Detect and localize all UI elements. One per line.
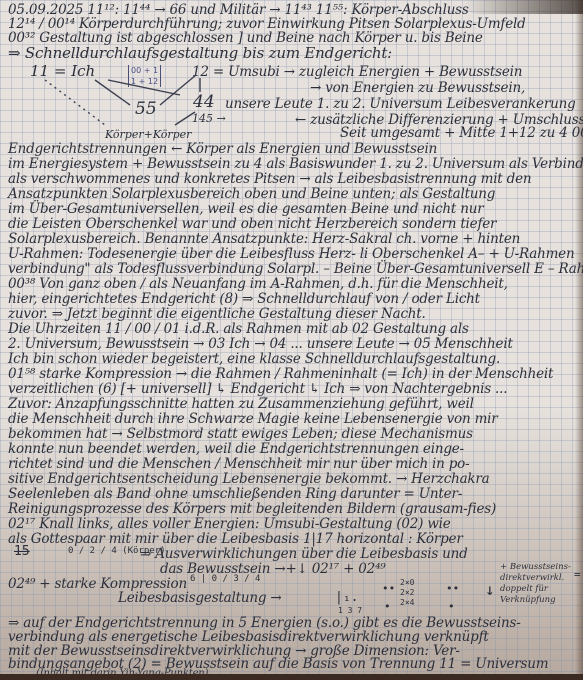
journal-line: verzeitlichen (6) [+ universell] ↳ Endge… [8,381,507,397]
bars-numbers: 1 3 7 [338,606,362,615]
note-line: + Bewusstseins- [500,562,571,573]
journal-line: hier, eingerichtetes Endgericht (8) ⇒ Sc… [8,291,480,307]
journal-line: die Leisten Oberschenkel war und oben ni… [8,216,496,232]
journal-line: 01⁵⁸ starke Kompression → die Rahmen / R… [8,366,553,382]
journal-line: im Über-Gesamtuniversellen, weil es die … [8,201,484,217]
bars-glyph: |₁. [335,590,358,605]
note-line: doppelt für [500,584,571,595]
page-curl-shadow [463,0,583,14]
right-note: + Bewusstseins- direktverwirkl. doppelt … [500,562,571,606]
note-line: direktverwirkl. [500,573,571,584]
note-line: Verknüpfung [500,595,571,606]
journal-line: als Gottespaar mit mir über die Leibesba… [8,531,463,547]
journal-line: zuvor. ⇒ Jetzt beginnt die eigentliche G… [8,306,426,322]
dot-glyph: • [384,600,391,613]
journal-line: bekommen hat → Selbstmord statt ewiges L… [8,426,473,442]
journal-line: Seit umgesamt + Mitte 1+12 zu 4 00⁴¹ [340,125,583,141]
mult-item: 2×4 [400,598,414,608]
margin-equals: = [574,568,581,581]
journal-line: im Energiesystem + Bewusstsein zu 4 als … [8,156,583,172]
down-arrow-icon: ↓ [485,580,495,599]
journal-line: konnte nun beendet werden, weil die Endg… [8,441,464,457]
journal-line: U-Rahmen: Todesenergie über die Leibesfl… [8,246,574,262]
journal-line: Die Uhrzeiten 11 / 00 / 01 i.d.R. als Ra… [8,321,469,337]
journal-line: ⇒ Ausverwirklichungen über die Leibesbas… [140,546,468,562]
mult-item: 2×0 [400,578,414,588]
journal-line: 00³⁸ Von ganz oben / als Neuanfang im A-… [8,276,508,292]
journal-line: verbindung" als Todesflussverbindung Sol… [8,261,583,277]
journal-line: 02¹⁷ Knall links, alles voller Energien:… [8,516,451,532]
journal-line: Endgerichtstrennungen ← Körper als Energ… [8,141,437,157]
journal-line: richtet sind und die Menschen / Menschhe… [8,456,469,472]
journal-line: → von Energien zu Bewusstsein, [310,80,525,96]
dots-glyph: •• [446,582,459,595]
journal-line: Ansatzpunkten Solarplexusbereich oben un… [8,186,495,202]
dot-glyph: • [448,600,455,613]
journal-line: Solarplexusbereich. Benannte Ansatzpunkt… [8,231,520,247]
journal-line: Seelenleben als Band ohne umschließenden… [8,486,462,502]
journal-line: 2. Universum, Bewusstsein → 03 Ich → 04 … [8,336,513,352]
mult-item: 2×2 [400,588,414,598]
notebook-page: 05.09.2025 11¹²: 11⁴⁴ → 66 und Militär →… [0,0,583,680]
dots-glyph: •• [382,582,395,595]
multiplication-stack: 2×0 2×2 2×4 [400,578,414,608]
journal-line: sitive Endgerichtsentscheidung Lebensene… [8,471,490,487]
journal-line: Ich bin schon wieder begeistert, eine kl… [8,351,500,367]
journal-line: die Menschheit durch ihre Schwarze Magie… [8,411,498,427]
diagram-arrows [0,0,300,140]
crossed-number: 15 [14,544,30,559]
mid-stack: 6 | 0 / 3 / 4 [190,574,260,584]
journal-line: Leibesbasisgestaltung → [118,590,282,606]
journal-line: als verschwommenes und konkretes Pitsen … [8,171,531,187]
notebook-bottom-edge [0,674,583,680]
journal-line: Zuvor: Anzapfungsschnitte hatten zu Zusa… [8,396,474,412]
journal-line: Reinigungsprozesse des Körpers mit begle… [8,501,496,517]
